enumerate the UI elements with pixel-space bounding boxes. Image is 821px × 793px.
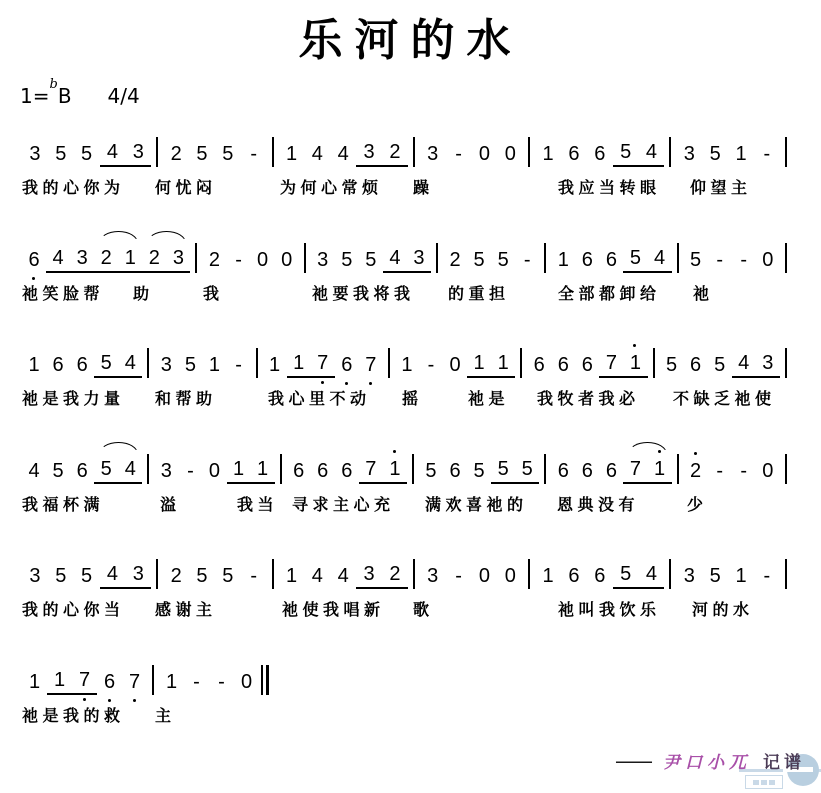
beamed-note-group: 11 xyxy=(467,350,515,378)
note: 1 xyxy=(383,456,407,482)
barline xyxy=(267,141,279,167)
flat-symbol: b xyxy=(49,77,57,92)
note: 1 xyxy=(47,667,72,693)
note: 2 xyxy=(443,247,467,273)
note: 1 xyxy=(623,350,647,376)
note: 4 xyxy=(648,245,672,271)
dash-note: - xyxy=(241,141,267,167)
lyric-segment: 祂使我唱新 xyxy=(282,597,385,620)
barline xyxy=(299,247,311,273)
note: 4 xyxy=(100,139,126,165)
note: 3 xyxy=(125,139,151,165)
lyric-segment: 我福杯满 xyxy=(22,492,104,515)
note: 2 xyxy=(382,561,408,587)
note: 1 xyxy=(467,350,491,376)
notes-row: 16654351-117671-0116667156543 xyxy=(0,348,821,378)
beamed-note-group: 32 xyxy=(356,139,408,167)
lyric-segment: 不缺乏祂使 xyxy=(673,386,776,409)
key-tonic: B xyxy=(58,84,72,108)
note: 1 xyxy=(535,141,561,167)
notes-row: 64321232-0035543255-166545--0 xyxy=(0,243,821,273)
note: 5 xyxy=(491,456,515,482)
lyric-segment: 我的心你当 xyxy=(22,597,125,620)
octave-dot-low xyxy=(133,699,136,702)
barline xyxy=(515,352,527,378)
note: 2 xyxy=(684,458,708,484)
barline xyxy=(275,458,287,484)
barline xyxy=(267,563,279,589)
note: 5 xyxy=(74,563,100,589)
note: 1 xyxy=(263,352,287,378)
octave-dot-low xyxy=(345,382,348,385)
barline xyxy=(780,563,792,589)
note: 1 xyxy=(728,141,754,167)
note: 6 xyxy=(527,352,551,378)
note: 3 xyxy=(22,563,48,589)
note: 1 xyxy=(491,350,515,376)
lyric-segment: 祂叫我饮乐 xyxy=(558,597,661,620)
dash-note: - xyxy=(515,247,539,273)
note: 1 xyxy=(22,352,46,378)
transcriber-name: 尹口小兀 xyxy=(663,748,751,773)
note: 7 xyxy=(599,350,623,376)
lyric-segment: 的重担 xyxy=(448,281,510,304)
beamed-note-group-slur: 23 xyxy=(142,245,190,273)
beamed-note-group: 54 xyxy=(623,245,671,273)
key-signature: 1=bB4/4 xyxy=(20,84,140,108)
note: 1 xyxy=(279,141,305,167)
lyric-segment: 祂 xyxy=(693,281,714,304)
note: 6 xyxy=(443,458,467,484)
rest-note: 0 xyxy=(756,458,780,484)
note: 5 xyxy=(215,563,241,589)
note: 1 xyxy=(287,350,311,376)
lyric-segment: 我当 xyxy=(237,492,278,515)
final-barline xyxy=(259,669,271,695)
note: 4 xyxy=(639,139,665,165)
note: 6 xyxy=(587,563,613,589)
note: 1 xyxy=(22,669,47,695)
beamed-note-group-slur: 71 xyxy=(623,456,671,484)
octave-dot-low xyxy=(321,381,324,384)
barline xyxy=(407,458,419,484)
rest-note: 0 xyxy=(251,247,275,273)
note: 5 xyxy=(491,247,515,273)
credit-label: 记谱 xyxy=(763,748,805,773)
note: 6 xyxy=(587,141,613,167)
beamed-note-group: 71 xyxy=(599,350,647,378)
note: 4 xyxy=(732,350,756,376)
barline xyxy=(523,563,535,589)
note: 3 xyxy=(756,350,780,376)
note: 4 xyxy=(46,245,70,271)
note: 5 xyxy=(335,247,359,273)
note: 5 xyxy=(215,141,241,167)
watermark-box xyxy=(745,775,783,789)
note: 2 xyxy=(94,245,118,271)
note: 5 xyxy=(46,458,70,484)
beamed-note-group: 17 xyxy=(287,350,335,378)
lyric-segment: 为何心常烦 xyxy=(280,175,383,198)
barline xyxy=(523,141,535,167)
note: 6 xyxy=(599,458,623,484)
note: 1 xyxy=(227,456,251,482)
beamed-note-group: 43 xyxy=(46,245,94,273)
dash-note: - xyxy=(446,563,472,589)
barline xyxy=(408,141,420,167)
lyric-segment: 感谢主 xyxy=(155,597,217,620)
music-line: 456543-0116667156555666712--0我福杯满溢我当寻求主心… xyxy=(0,454,821,534)
beamed-note-group: 43 xyxy=(383,245,431,273)
note: 6 xyxy=(684,352,708,378)
note: 6 xyxy=(335,352,359,378)
barline xyxy=(780,458,792,484)
note: 5 xyxy=(74,141,100,167)
rest-note: 0 xyxy=(202,458,226,484)
note: 6 xyxy=(287,458,311,484)
beamed-note-group: 43 xyxy=(100,561,152,589)
rest-note: 0 xyxy=(497,563,523,589)
barline xyxy=(539,247,551,273)
note: 6 xyxy=(575,247,599,273)
note: 3 xyxy=(356,139,382,165)
barline xyxy=(142,458,154,484)
note: 4 xyxy=(639,561,665,587)
note: 2 xyxy=(163,141,189,167)
beamed-note-group: 17 xyxy=(47,667,97,695)
barline xyxy=(151,141,163,167)
note: 5 xyxy=(613,139,639,165)
barline xyxy=(539,458,551,484)
dash-note: - xyxy=(227,247,251,273)
lyric-segment: 少 xyxy=(687,492,708,515)
barline xyxy=(664,141,676,167)
notes-row: 456543-0116667156555666712--0 xyxy=(0,454,821,484)
dash-note: - xyxy=(754,563,780,589)
barline xyxy=(780,352,792,378)
sheet-music-page: 乐河的水 1=bB4/4 35543255-144323-0016654351-… xyxy=(0,0,821,793)
beamed-note-group: 54 xyxy=(613,139,665,167)
dash-note: - xyxy=(732,247,756,273)
barline xyxy=(190,247,202,273)
barline xyxy=(780,141,792,167)
note: 5 xyxy=(467,247,491,273)
note: 6 xyxy=(551,352,575,378)
note: 3 xyxy=(22,141,48,167)
note: 6 xyxy=(599,247,623,273)
beamed-note-group: 54 xyxy=(94,350,142,378)
dash-note: - xyxy=(178,458,202,484)
note: 6 xyxy=(561,141,587,167)
note: 5 xyxy=(189,563,215,589)
note: 1 xyxy=(159,669,184,695)
note: 7 xyxy=(122,669,147,695)
lyric-segment: 寻求主心充 xyxy=(292,492,395,515)
note: 4 xyxy=(304,141,330,167)
lyric-segment: 摇 xyxy=(402,386,423,409)
lyric-segment: 助 xyxy=(133,281,154,304)
dash-note: - xyxy=(209,669,234,695)
note: 5 xyxy=(419,458,443,484)
octave-dot-low xyxy=(83,698,86,701)
note: 6 xyxy=(70,352,94,378)
dash-note: - xyxy=(708,247,732,273)
barline xyxy=(151,563,163,589)
note: 5 xyxy=(623,245,647,271)
lyric-segment: 全部都卸给 xyxy=(558,281,661,304)
lyric-segment: 我 xyxy=(203,281,224,304)
octave-dot-high xyxy=(393,450,396,453)
barline xyxy=(408,563,420,589)
note: 6 xyxy=(70,458,94,484)
note: 3 xyxy=(676,141,702,167)
octave-dot-high xyxy=(658,450,661,453)
barline xyxy=(142,352,154,378)
note: 5 xyxy=(708,352,732,378)
note: 2 xyxy=(382,139,408,165)
dash-note: - xyxy=(241,563,267,589)
note: 1 xyxy=(202,352,226,378)
lyric-segment: 我心里不动 xyxy=(268,386,371,409)
dash-note: - xyxy=(227,352,251,378)
note: 6 xyxy=(311,458,335,484)
note: 5 xyxy=(467,458,491,484)
note: 4 xyxy=(22,458,46,484)
note: 4 xyxy=(330,141,356,167)
barline xyxy=(780,247,792,273)
lyric-segment: 祂是 xyxy=(468,386,509,409)
note: 3 xyxy=(70,245,94,271)
note: 6 xyxy=(575,352,599,378)
note: 1 xyxy=(535,563,561,589)
note: 4 xyxy=(118,456,142,482)
beamed-note-group: 43 xyxy=(732,350,780,378)
note: 1 xyxy=(551,247,575,273)
note: 3 xyxy=(356,561,382,587)
octave-dot-low xyxy=(108,699,111,702)
dash-note: - xyxy=(446,141,472,167)
note: 5 xyxy=(94,350,118,376)
note: 3 xyxy=(166,245,190,271)
lyric-segment: 主 xyxy=(155,703,176,726)
note: 3 xyxy=(420,141,446,167)
note: 6 xyxy=(561,563,587,589)
note: 5 xyxy=(189,141,215,167)
barline xyxy=(672,247,684,273)
note: 4 xyxy=(100,561,126,587)
note: 7 xyxy=(72,667,97,693)
page-title: 乐河的水 xyxy=(0,4,821,68)
rest-note: 0 xyxy=(472,563,498,589)
lyric-segment: 满欢喜祂的 xyxy=(425,492,528,515)
lyric-segment: 祂笑脸帮 xyxy=(22,281,104,304)
lyric-segment: 躁 xyxy=(413,175,434,198)
music-line: 16654351-117671-0116667156543祂是我力量和帮助我心里… xyxy=(0,348,821,428)
rest-note: 0 xyxy=(472,141,498,167)
lyric-segment: 歌 xyxy=(413,597,434,620)
beamed-note-group: 11 xyxy=(227,456,275,484)
notes-row: 35543255-144323-0016654351- xyxy=(0,559,821,589)
music-line: 35543255-144323-0016654351-我的心你为何忧闷为何心常烦… xyxy=(0,137,821,217)
note: 3 xyxy=(676,563,702,589)
music-line: 117671--0祂是我的救主 xyxy=(0,665,821,745)
lyric-segment: 恩典没有 xyxy=(557,492,639,515)
rest-note: 0 xyxy=(497,141,523,167)
note: 6 xyxy=(46,352,70,378)
note: 6 xyxy=(97,669,122,695)
beamed-note-group: 54 xyxy=(613,561,665,589)
note: 5 xyxy=(613,561,639,587)
beamed-note-group: 43 xyxy=(100,139,152,167)
octave-dot-low xyxy=(32,277,35,280)
note: 1 xyxy=(395,352,419,378)
rest-note: 0 xyxy=(234,669,259,695)
note: 7 xyxy=(311,350,335,376)
dash-note: - xyxy=(708,458,732,484)
octave-dot-low xyxy=(369,382,372,385)
credit-dash: —— xyxy=(615,749,651,773)
note: 6 xyxy=(335,458,359,484)
dash-note: - xyxy=(184,669,209,695)
lyric-segment: 祂是我的救 xyxy=(22,703,125,726)
note: 1 xyxy=(728,563,754,589)
beamed-note-group-slur: 21 xyxy=(94,245,142,273)
rest-note: 0 xyxy=(443,352,467,378)
note: 2 xyxy=(202,247,226,273)
note: 5 xyxy=(515,456,539,482)
dash-note: - xyxy=(419,352,443,378)
note: 4 xyxy=(330,563,356,589)
note: 4 xyxy=(118,350,142,376)
note: 6 xyxy=(22,247,46,273)
note: 1 xyxy=(118,245,142,271)
barline xyxy=(672,458,684,484)
lyric-segment: 河的水 xyxy=(692,597,754,620)
credit-line: —— 尹口小兀 记谱 xyxy=(615,748,805,773)
note: 1 xyxy=(279,563,305,589)
note: 3 xyxy=(154,352,178,378)
lyric-segment: 祂是我力量 xyxy=(22,386,125,409)
barline xyxy=(431,247,443,273)
note: 3 xyxy=(311,247,335,273)
note: 1 xyxy=(648,456,672,482)
dash-note: - xyxy=(732,458,756,484)
rest-note: 0 xyxy=(756,247,780,273)
note: 5 xyxy=(359,247,383,273)
key-prefix: 1= xyxy=(20,84,49,108)
lyric-segment: 何忧闷 xyxy=(155,175,217,198)
beamed-note-group-slur: 54 xyxy=(94,456,142,484)
note: 5 xyxy=(178,352,202,378)
note: 6 xyxy=(575,458,599,484)
note: 7 xyxy=(359,456,383,482)
barline xyxy=(664,563,676,589)
music-line: 64321232-0035543255-166545--0祂笑脸帮助我祂要我将我… xyxy=(0,243,821,323)
rest-note: 0 xyxy=(275,247,299,273)
note: 3 xyxy=(154,458,178,484)
note: 5 xyxy=(702,563,728,589)
barline xyxy=(383,352,395,378)
lyric-segment: 仰望主 xyxy=(690,175,752,198)
lyric-segment: 和帮助 xyxy=(155,386,217,409)
music-line: 35543255-144323-0016654351-我的心你当感谢主祂使我唱新… xyxy=(0,559,821,639)
note: 5 xyxy=(94,456,118,482)
note: 7 xyxy=(623,456,647,482)
barline xyxy=(251,352,263,378)
note: 3 xyxy=(420,563,446,589)
notes-row: 117671--0 xyxy=(0,665,821,695)
octave-dot-high xyxy=(694,452,697,455)
note: 5 xyxy=(660,352,684,378)
note: 3 xyxy=(125,561,151,587)
note: 5 xyxy=(684,247,708,273)
barline xyxy=(147,669,159,695)
beamed-note-group: 71 xyxy=(359,456,407,484)
note: 3 xyxy=(407,245,431,271)
beamed-note-group: 55 xyxy=(491,456,539,484)
note: 7 xyxy=(359,352,383,378)
note: 2 xyxy=(142,245,166,271)
note: 2 xyxy=(163,563,189,589)
lyric-segment: 祂要我将我 xyxy=(312,281,415,304)
note: 5 xyxy=(702,141,728,167)
lyric-segment: 溢 xyxy=(160,492,181,515)
dash-note: - xyxy=(754,141,780,167)
time-signature: 4/4 xyxy=(108,84,140,108)
note: 4 xyxy=(304,563,330,589)
beamed-note-group: 32 xyxy=(356,561,408,589)
note: 5 xyxy=(48,141,74,167)
octave-dot-high xyxy=(633,344,636,347)
lyric-segment: 我的心你为 xyxy=(22,175,125,198)
note: 1 xyxy=(251,456,275,482)
note: 6 xyxy=(551,458,575,484)
note: 4 xyxy=(383,245,407,271)
note: 5 xyxy=(48,563,74,589)
lyric-segment: 我应当转眼 xyxy=(558,175,661,198)
lyric-segment: 我牧者我必 xyxy=(537,386,640,409)
barline xyxy=(648,352,660,378)
notes-row: 35543255-144323-0016654351- xyxy=(0,137,821,167)
